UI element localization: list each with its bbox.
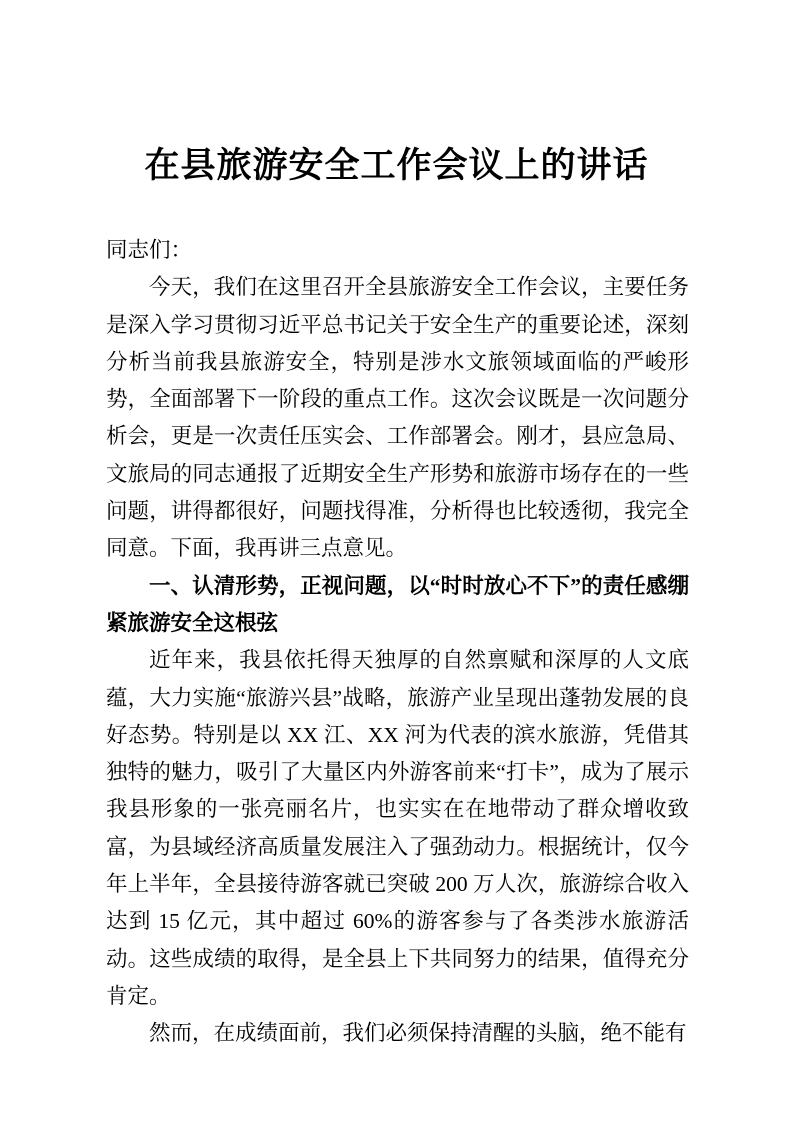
document-body: 同志们： 今天，我们在这里召开全县旅游安全工作会议，主要任务是深入学习贯彻习近平… <box>106 232 689 1053</box>
document-page: 在县旅游安全工作会议上的讲话 同志们： 今天，我们在这里召开全县旅游安全工作会议… <box>0 0 793 1122</box>
paragraph-transition: 然而，在成绩面前，我们必须保持清醒的头脑，绝不能有 <box>106 1015 689 1052</box>
salutation: 同志们： <box>106 232 689 269</box>
paragraph-section-1-achievements: 近年来，我县依托得天独厚的自然禀赋和深厚的人文底蕴，大力实施“旅游兴县”战略，旅… <box>106 642 689 1015</box>
paragraph-opening: 今天，我们在这里召开全县旅游安全工作会议，主要任务是深入学习贯彻习近平总书记关于… <box>106 269 689 567</box>
section-heading-1: 一、认清形势，正视问题，以“时时放心不下”的责任感绷紧旅游安全这根弦 <box>106 568 689 643</box>
document-title: 在县旅游安全工作会议上的讲话 <box>0 142 793 190</box>
